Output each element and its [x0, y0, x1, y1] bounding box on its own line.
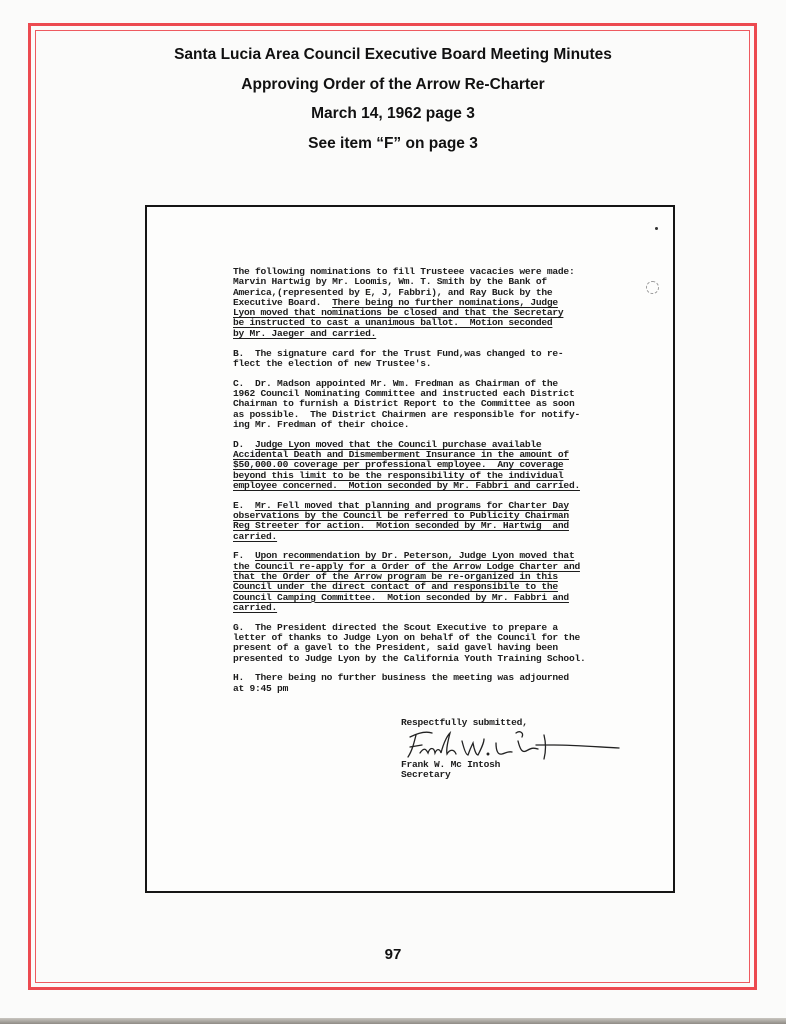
- typed-line: Reg Streeter for action. Motion seconded…: [233, 521, 653, 531]
- typed-line: ing Mr. Fredman of their choice.: [233, 420, 653, 430]
- typed-line: employee concerned. Motion seconded by M…: [233, 481, 653, 491]
- minutes-paragraph-d: D. Judge Lyon moved that the Council pur…: [233, 440, 653, 491]
- underlined-text: Council Camping Committee. Motion second…: [233, 592, 569, 603]
- underlined-text: by Mr. Jaeger and carried.: [233, 328, 376, 339]
- minutes-paragraph-f: F. Upon recommendation by Dr. Peterson, …: [233, 551, 653, 613]
- underlined-text: Reg Streeter for action. Motion seconded…: [233, 520, 569, 531]
- scanner-edge: [0, 1018, 786, 1024]
- header-date: March 14, 1962 page 3: [0, 99, 786, 129]
- scan-speck: [655, 227, 658, 230]
- signer-block: Frank W. Mc Intosh Secretary: [401, 760, 500, 781]
- line-text: ing Mr. Fredman of their choice.: [233, 419, 409, 430]
- typed-line: carried.: [233, 532, 653, 542]
- minutes-paragraph-a: The following nominations to fill Truste…: [233, 267, 653, 339]
- minutes-paragraph-c: C. Dr. Madson appointed Mr. Wm. Fredman …: [233, 379, 653, 430]
- minutes-paragraph-e: E. Mr. Fell moved that planning and prog…: [233, 501, 653, 542]
- typed-line: H. There being no further business the m…: [233, 673, 653, 683]
- typed-line: flect the election of new Trustee's.: [233, 359, 653, 369]
- underlined-text: carried.: [233, 602, 277, 613]
- signature-icon: Frank W. Mc Intosh: [404, 727, 624, 763]
- typed-line: presented to Judge Lyon by the Californi…: [233, 654, 653, 664]
- underlined-text: carried.: [233, 531, 277, 542]
- typed-line: Council Camping Committee. Motion second…: [233, 593, 653, 603]
- signer-title: Secretary: [401, 770, 500, 780]
- line-text: presented to Judge Lyon by the Californi…: [233, 653, 585, 664]
- minutes-paragraph-b: B. The signature card for the Trust Fund…: [233, 349, 653, 370]
- minutes-paragraph-g: G. The President directed the Scout Exec…: [233, 623, 653, 664]
- header-subtitle: Approving Order of the Arrow Re-Charter: [0, 70, 786, 100]
- page-header: Santa Lucia Area Council Executive Board…: [0, 40, 786, 158]
- typed-line: at 9:45 pm: [233, 684, 653, 694]
- minutes-body: The following nominations to fill Truste…: [233, 267, 653, 703]
- underlined-text: employee concerned. Motion seconded by M…: [233, 480, 580, 491]
- line-text: flect the election of new Trustee's.: [233, 358, 431, 369]
- header-title: Santa Lucia Area Council Executive Board…: [0, 40, 786, 70]
- typed-line: carried.: [233, 603, 653, 613]
- typed-line: by Mr. Jaeger and carried.: [233, 329, 653, 339]
- line-text: at 9:45 pm: [233, 683, 288, 694]
- minutes-paragraph-h: H. There being no further business the m…: [233, 673, 653, 694]
- header-note: See item “F” on page 3: [0, 129, 786, 159]
- page-number: 97: [0, 946, 786, 963]
